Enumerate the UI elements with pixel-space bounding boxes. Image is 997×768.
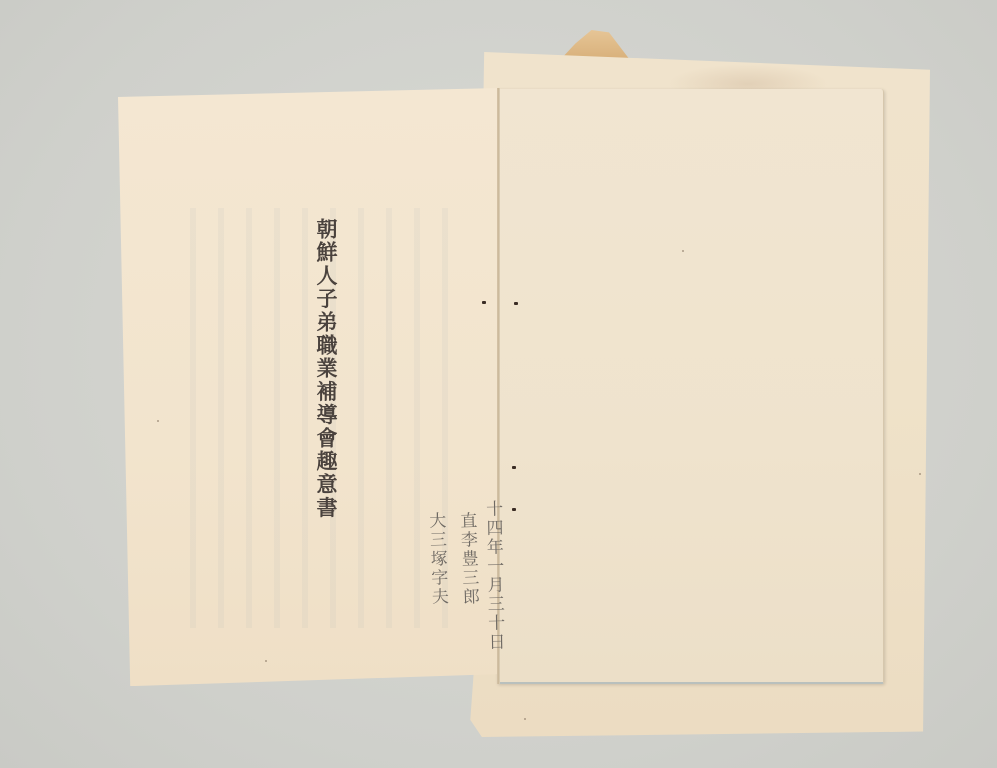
- paper-speck: [157, 420, 159, 422]
- right-blank-page: [497, 89, 884, 684]
- paper-speck: [919, 473, 921, 475]
- paper-speck: [265, 660, 267, 662]
- staple-hole: [482, 301, 486, 304]
- handwritten-name-column: 直李豊三郎: [454, 511, 482, 607]
- handwritten-note-column: 大三塚字夫: [423, 511, 451, 607]
- document-title: 朝鮮人子弟職業補導會趣意書: [306, 218, 346, 520]
- staple-hole: [512, 508, 516, 511]
- handwritten-date-column: 十四年一月三十日: [480, 500, 508, 652]
- paper-speck: [524, 718, 526, 720]
- staple-hole: [514, 302, 518, 305]
- staple-hole: [512, 466, 516, 469]
- paper-speck: [682, 250, 684, 252]
